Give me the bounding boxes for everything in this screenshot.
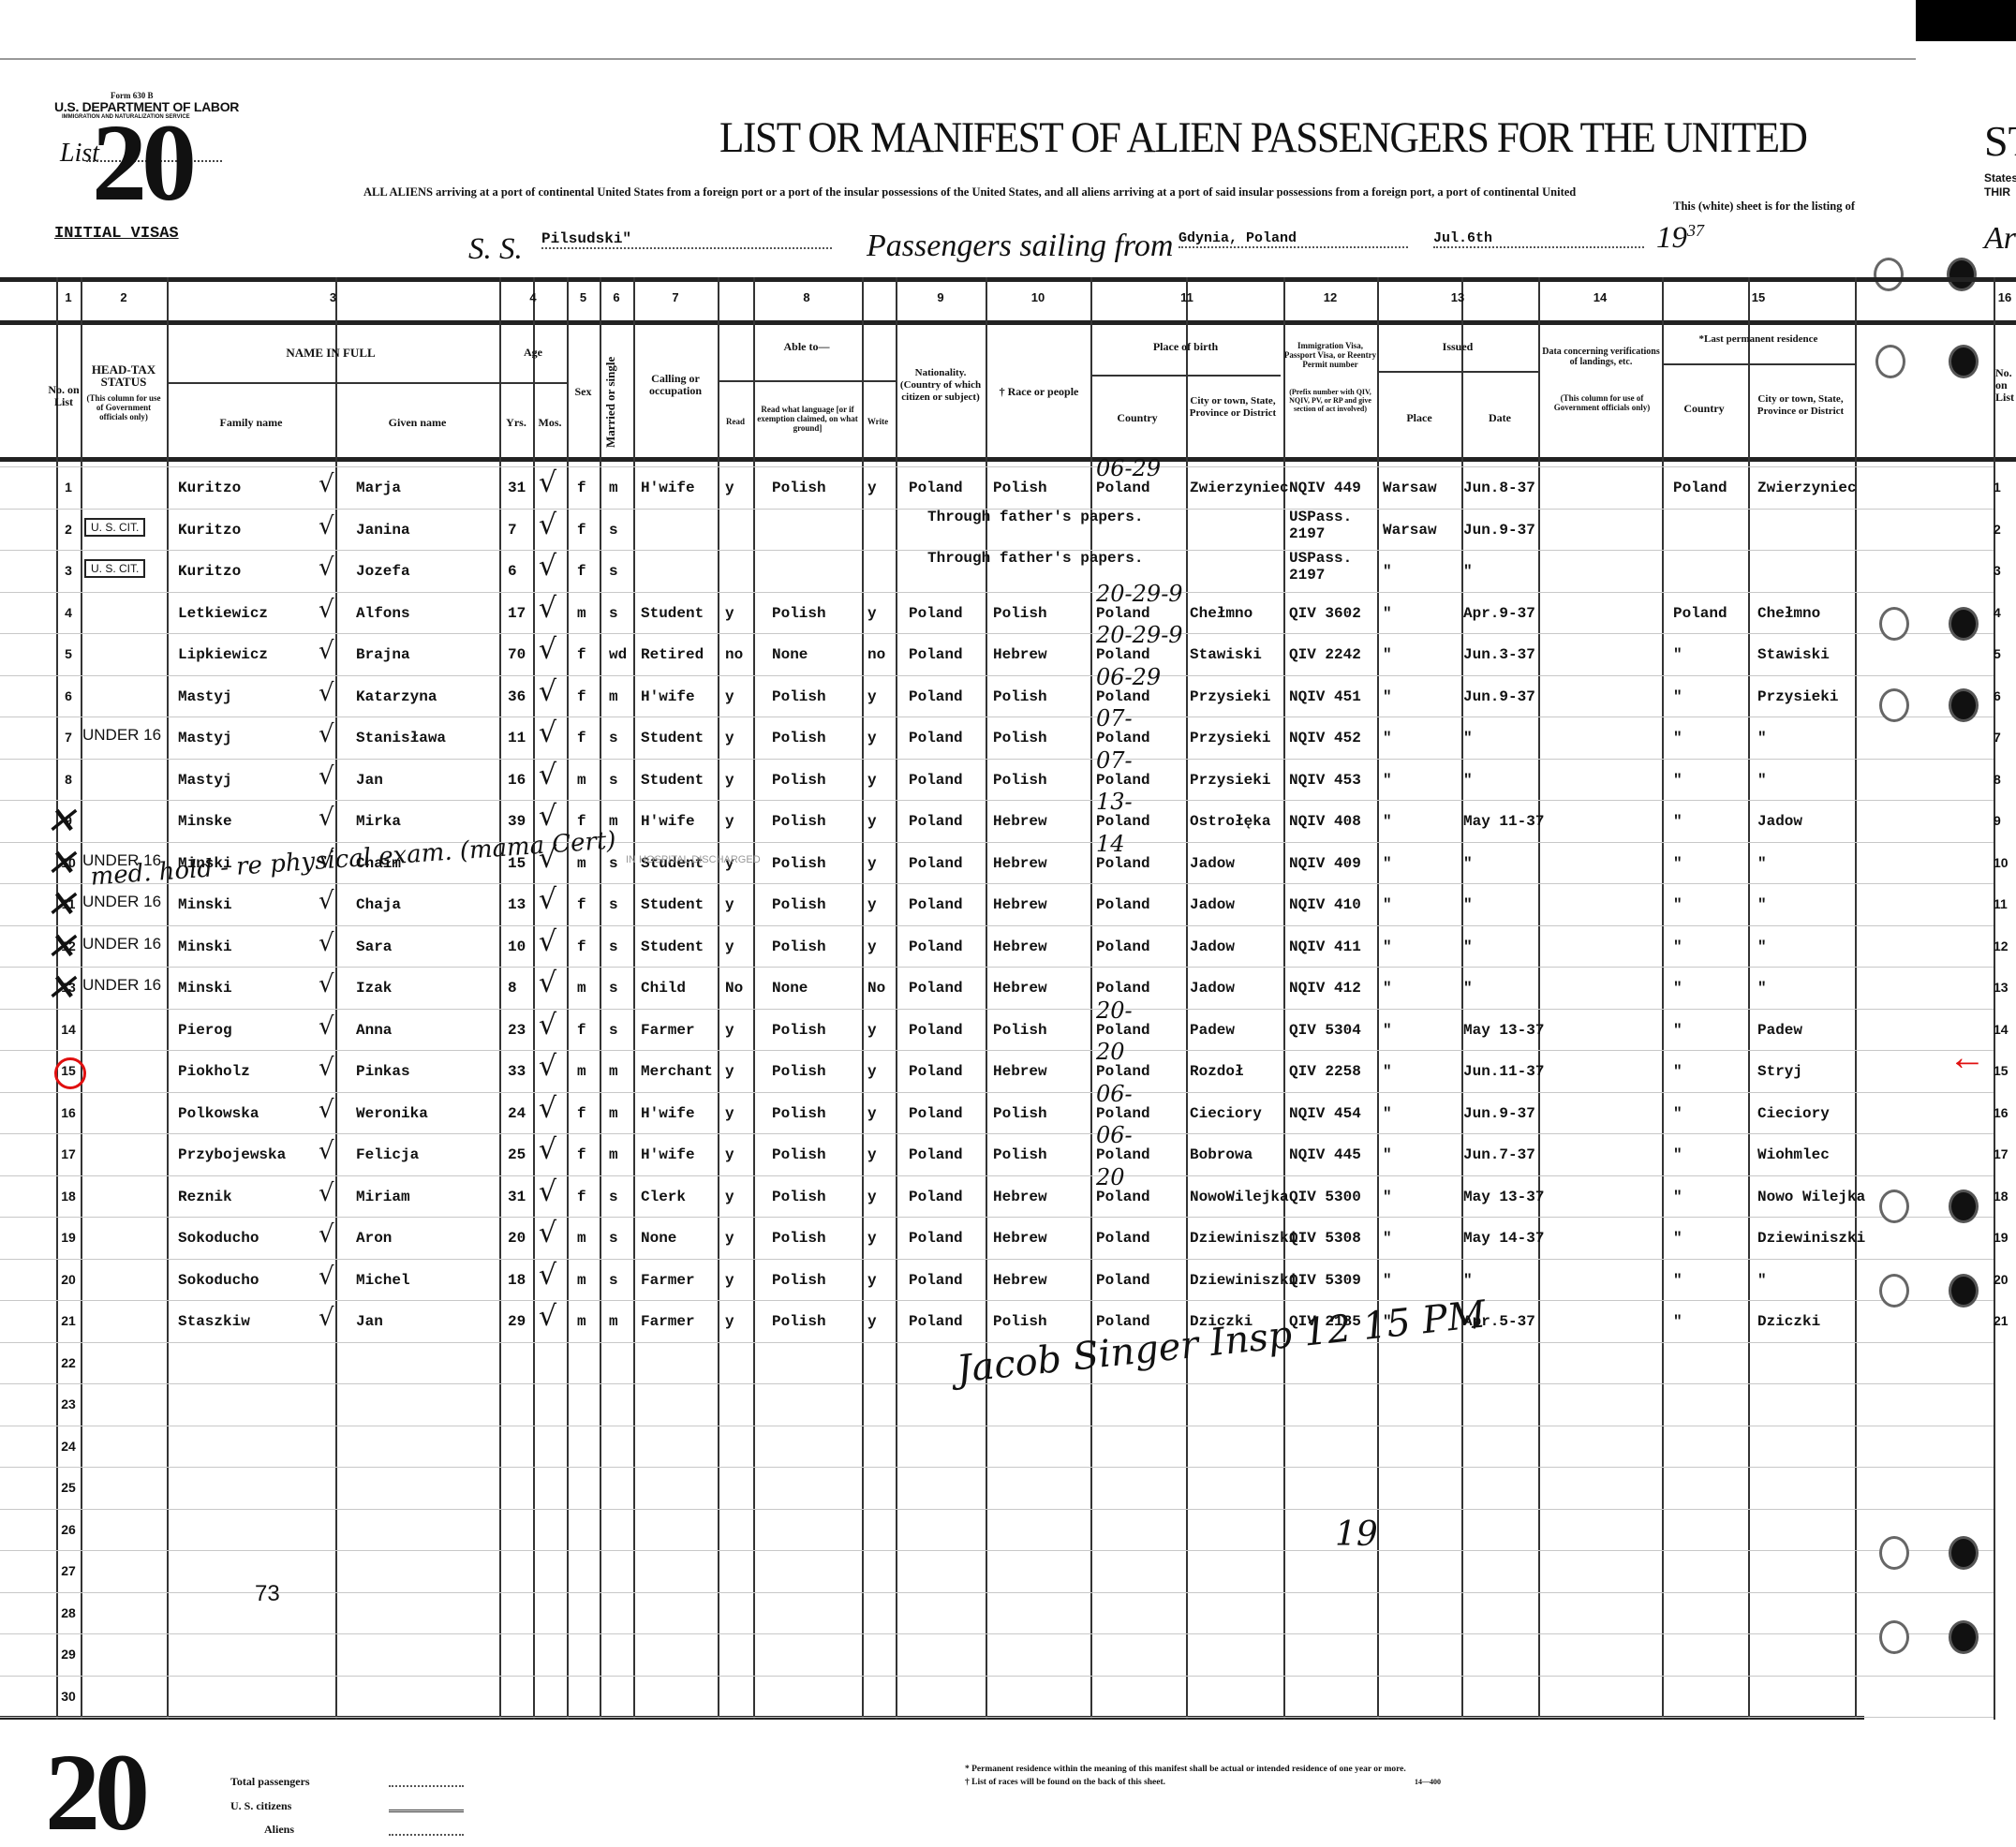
header-family-name: Family name bbox=[167, 417, 335, 429]
header-race: † Race or people bbox=[987, 386, 1090, 398]
cell-write: y bbox=[867, 855, 877, 872]
cell-issued-date: " bbox=[1463, 1272, 1473, 1289]
cell-read: y bbox=[725, 1146, 734, 1163]
header-place-of-birth: Place of birth bbox=[1090, 341, 1281, 353]
cell-visa: QIV 5308 bbox=[1289, 1230, 1361, 1247]
cell-occ: Student bbox=[641, 938, 704, 955]
cell-nat: Poland bbox=[909, 480, 963, 496]
column-number: 13 bbox=[1377, 290, 1538, 304]
row-number-right: 1 bbox=[1994, 480, 2016, 495]
row-rule bbox=[0, 717, 1994, 717]
cell-issued-place: " bbox=[1383, 980, 1392, 997]
row-rule bbox=[0, 633, 1994, 634]
row-number: 3 bbox=[54, 563, 82, 578]
cell-visa: QIV 5304 bbox=[1289, 1022, 1361, 1039]
cell-birth-city: Dziewiniszki bbox=[1190, 1230, 1297, 1247]
row-rule bbox=[0, 1300, 1994, 1301]
row-rule bbox=[0, 1467, 1994, 1468]
year-prefix: 19 bbox=[1656, 221, 1687, 255]
subtitle-line1: ALL ALIENS arriving at a port of contine… bbox=[363, 185, 1862, 199]
header-write: Write bbox=[862, 417, 894, 426]
row-rule bbox=[0, 1259, 1994, 1260]
cell-sex: f bbox=[577, 938, 586, 955]
ship-name-field: Pilsudski" bbox=[541, 230, 832, 249]
cell-res-city: Dziczki bbox=[1757, 1313, 1820, 1330]
sailing-date-field: Jul.6th bbox=[1433, 230, 1644, 248]
cell-nat: Poland bbox=[909, 1063, 963, 1080]
cell-sex: m bbox=[577, 1230, 586, 1247]
head-tax-status: UNDER 16 bbox=[82, 976, 161, 995]
cell-age: 6 bbox=[508, 563, 517, 580]
column-number: 7 bbox=[633, 290, 718, 304]
cell-issued-place: " bbox=[1383, 813, 1392, 830]
cell-nat: Poland bbox=[909, 855, 963, 872]
cell-race: Polish bbox=[993, 772, 1047, 789]
cell-issued-date: May 14-37 bbox=[1463, 1230, 1544, 1247]
cell-age: 11 bbox=[508, 730, 526, 746]
row-number-right: 8 bbox=[1994, 772, 2016, 787]
cell-write: y bbox=[867, 1146, 877, 1163]
checkmark-icon: √ bbox=[319, 720, 334, 748]
cell-write: y bbox=[867, 772, 877, 789]
cell-lang: Polish bbox=[772, 772, 826, 789]
column-divider bbox=[1186, 277, 1188, 1720]
cell-nat: Poland bbox=[909, 1313, 963, 1330]
cell-occ: Clerk bbox=[641, 1189, 686, 1205]
cell-read: y bbox=[725, 1063, 734, 1080]
cell-age: 20 bbox=[508, 1230, 526, 1247]
cell-visa: QIV 3602 bbox=[1289, 605, 1361, 622]
cell-ms: s bbox=[609, 522, 618, 539]
us-citizens-field bbox=[389, 1810, 464, 1812]
cell-given: Felicja bbox=[356, 1146, 419, 1163]
cell-lang: Polish bbox=[772, 688, 826, 705]
column-divider bbox=[1377, 277, 1379, 1720]
cell-res-city: " bbox=[1757, 1272, 1767, 1289]
cell-issued-place: Warsaw bbox=[1383, 480, 1437, 496]
column-divider bbox=[600, 277, 601, 1720]
row-number-right: 13 bbox=[1994, 980, 2016, 995]
checkmark-icon: √ bbox=[319, 1304, 334, 1332]
cell-write: y bbox=[867, 1189, 877, 1205]
cell-write: y bbox=[867, 1272, 877, 1289]
punch-hole-icon bbox=[1874, 258, 1904, 291]
row-rule bbox=[0, 466, 1994, 467]
cell-birth-city: NowoWilejka bbox=[1190, 1189, 1289, 1205]
header-data-concerning: Data concerning verifications of landing… bbox=[1542, 347, 1660, 367]
cell-issued-date: Apr.9-37 bbox=[1463, 605, 1535, 622]
column-divider bbox=[633, 277, 635, 1720]
cell-sex: m bbox=[577, 1272, 586, 1289]
cell-occ: H'wife bbox=[641, 1146, 695, 1163]
cell-issued-place: " bbox=[1383, 1230, 1392, 1247]
punch-hole-icon bbox=[1949, 688, 1979, 722]
cell-ms: s bbox=[609, 938, 618, 955]
row-number-right: 12 bbox=[1994, 938, 2016, 953]
cell-nat: Poland bbox=[909, 938, 963, 955]
cell-issued-place: " bbox=[1383, 688, 1392, 705]
cell-res-city: Stawiski bbox=[1757, 646, 1830, 663]
footnote-races: † List of races will be found on the bac… bbox=[965, 1778, 1165, 1787]
checkmark-icon: √ bbox=[319, 1263, 334, 1291]
cell-issued-date: May 11-37 bbox=[1463, 813, 1544, 830]
cell-race: Polish bbox=[993, 480, 1047, 496]
checkmark-icon: √ bbox=[319, 1137, 334, 1165]
column-divider bbox=[1662, 277, 1664, 1720]
row-number: 23 bbox=[54, 1396, 82, 1411]
cell-visa: QIV 5300 bbox=[1289, 1189, 1361, 1205]
cell-issued-date: " bbox=[1463, 855, 1473, 872]
row-number: 8 bbox=[54, 772, 82, 787]
cell-issued-place: " bbox=[1383, 730, 1392, 746]
cell-lang: Polish bbox=[772, 1230, 826, 1247]
cell-race: Polish bbox=[993, 730, 1047, 746]
cell-res-city: " bbox=[1757, 938, 1767, 955]
cell-birth-country: Poland bbox=[1096, 1230, 1150, 1247]
header-last-residence: *Last permanent residence bbox=[1662, 333, 1855, 346]
cell-ms: m bbox=[609, 1105, 618, 1122]
cell-write: y bbox=[867, 813, 877, 830]
cell-visa: NQIV 451 bbox=[1289, 688, 1361, 705]
cell-age: 17 bbox=[508, 605, 526, 622]
cell-sex: f bbox=[577, 1105, 586, 1122]
cell-read: y bbox=[725, 730, 734, 746]
cell-race: Hebrew bbox=[993, 646, 1047, 663]
punch-hole-icon bbox=[1879, 688, 1909, 722]
cell-nat: Poland bbox=[909, 605, 963, 622]
cell-read: no bbox=[725, 646, 743, 663]
cell-write: y bbox=[867, 1230, 877, 1247]
cell-nat: Poland bbox=[909, 980, 963, 997]
column-number: 5 bbox=[567, 290, 600, 304]
cell-nat: Poland bbox=[909, 1146, 963, 1163]
header-name-in-full: NAME IN FULL bbox=[167, 347, 495, 359]
cell-issued-place: " bbox=[1383, 1105, 1392, 1122]
cell-res-city: Wiohmlec bbox=[1757, 1146, 1830, 1163]
cell-family: Minski bbox=[178, 980, 232, 997]
cell-race: Hebrew bbox=[993, 1063, 1047, 1080]
row-number-right: 9 bbox=[1994, 813, 2016, 828]
cross-out-icon: ✕ bbox=[45, 967, 77, 1010]
row-number-right: 20 bbox=[1994, 1272, 2016, 1287]
header-issued: Issued bbox=[1377, 341, 1538, 353]
row-number: 22 bbox=[54, 1355, 82, 1370]
head-tax-status: UNDER 16 bbox=[82, 935, 161, 953]
cell-issued-place: " bbox=[1383, 1189, 1392, 1205]
cell-issued-date: " bbox=[1463, 730, 1473, 746]
cell-ms: s bbox=[609, 1189, 618, 1205]
cell-read: y bbox=[725, 1313, 734, 1330]
row-rule bbox=[0, 1676, 1994, 1677]
row-rule bbox=[0, 842, 1994, 843]
sailing-year: 1937 bbox=[1656, 221, 1704, 256]
checkmark-icon: √ bbox=[539, 466, 556, 499]
hospital-stamp: IN HOSPITAL DISCHARGED bbox=[626, 854, 761, 865]
cell-ms: s bbox=[609, 605, 618, 622]
cross-out-icon: ✕ bbox=[45, 842, 77, 885]
header-no-on-list: No. on List bbox=[47, 384, 81, 408]
cell-birth-country: Poland bbox=[1096, 772, 1150, 789]
cell-race: Polish bbox=[993, 605, 1047, 622]
cell-ms: m bbox=[609, 1146, 618, 1163]
cell-issued-place: " bbox=[1383, 1063, 1392, 1080]
cell-ms: s bbox=[609, 730, 618, 746]
checkmark-icon: √ bbox=[539, 1259, 556, 1292]
cell-read: y bbox=[725, 688, 734, 705]
row-number-right: 18 bbox=[1994, 1189, 2016, 1204]
header-read: Read bbox=[719, 417, 751, 426]
row-number: 6 bbox=[54, 688, 82, 703]
cell-family: Minski bbox=[178, 896, 232, 913]
cell-lang: Polish bbox=[772, 605, 826, 622]
cell-race: Polish bbox=[993, 1022, 1047, 1039]
header-age: Age bbox=[499, 347, 567, 359]
cell-occ: Student bbox=[641, 730, 704, 746]
cell-family: Reznik bbox=[178, 1189, 232, 1205]
cell-sex: m bbox=[577, 605, 586, 622]
cell-race: Hebrew bbox=[993, 896, 1047, 913]
row-number: 20 bbox=[54, 1272, 82, 1287]
cell-occ: Retired bbox=[641, 646, 704, 663]
cell-nat: Through father's papers. bbox=[927, 509, 1143, 525]
cell-issued-date: " bbox=[1463, 772, 1473, 789]
footer-list-number: 20 bbox=[45, 1737, 144, 1847]
header-visa: Immigration Visa, Passport Visa, or Reen… bbox=[1283, 341, 1377, 369]
cell-family: Piokholz bbox=[178, 1063, 250, 1080]
column-number: 6 bbox=[600, 290, 633, 304]
cell-family: Mastyj bbox=[178, 688, 232, 705]
cell-occ: Farmer bbox=[641, 1022, 695, 1039]
header-column-number-rule bbox=[0, 320, 2016, 325]
cell-res-city: " bbox=[1757, 730, 1767, 746]
ship-name: Pilsudski" bbox=[541, 230, 631, 247]
cell-occ: Child bbox=[641, 980, 686, 997]
cell-age: 7 bbox=[508, 522, 517, 539]
cell-given: Weronika bbox=[356, 1105, 428, 1122]
punch-hole-icon bbox=[1879, 1536, 1909, 1570]
row-number-right: 17 bbox=[1994, 1146, 2016, 1161]
cell-res-country: " bbox=[1673, 938, 1682, 955]
cell-birth-city: Zwierzyniec bbox=[1190, 480, 1289, 496]
column-divider bbox=[862, 277, 864, 1720]
header-married-single: Married or single bbox=[603, 335, 618, 448]
header-head-tax-note: (This column for use of Government offic… bbox=[82, 393, 165, 421]
cell-family: Sokoducho bbox=[178, 1272, 259, 1289]
subtitle-continued: States THIR bbox=[1984, 171, 2016, 199]
row-number: 25 bbox=[54, 1480, 82, 1495]
cell-occ: Farmer bbox=[641, 1272, 695, 1289]
cell-family: Minski bbox=[178, 938, 232, 955]
row-rule bbox=[0, 1342, 1994, 1343]
cell-ms: m bbox=[609, 688, 618, 705]
cell-visa: NQIV 452 bbox=[1289, 730, 1361, 746]
cell-lang: None bbox=[772, 646, 808, 663]
cell-family: Polkowska bbox=[178, 1105, 259, 1122]
checkmark-icon: √ bbox=[539, 1009, 556, 1042]
page-top-edge bbox=[0, 58, 1916, 60]
cell-res-country: " bbox=[1673, 1146, 1682, 1163]
header-issued-place: Place bbox=[1377, 412, 1461, 424]
punch-hole-icon bbox=[1879, 1620, 1909, 1654]
cell-birth-country: Poland bbox=[1096, 813, 1150, 830]
cell-sex: f bbox=[577, 646, 586, 663]
cell-age: 24 bbox=[508, 1105, 526, 1122]
checkmark-icon: √ bbox=[539, 1300, 556, 1333]
column-divider bbox=[167, 277, 169, 1720]
header-sex: Sex bbox=[567, 386, 600, 398]
cell-res-city: Nowo Wilejka bbox=[1757, 1189, 1865, 1205]
column-divider bbox=[567, 277, 569, 1720]
row-number: 2 bbox=[54, 522, 82, 537]
cell-occ: None bbox=[641, 1230, 676, 1247]
row-number-right: 21 bbox=[1994, 1313, 2016, 1328]
column-number: 14 bbox=[1538, 290, 1662, 304]
checkmark-icon: √ bbox=[539, 550, 556, 583]
checkmark-icon: √ bbox=[539, 967, 556, 999]
cell-issued-place: " bbox=[1383, 855, 1392, 872]
cell-visa: QIV 5309 bbox=[1289, 1272, 1361, 1289]
cell-age: 31 bbox=[508, 480, 526, 496]
header-birth-city: City or town, State, Province or Distric… bbox=[1186, 395, 1280, 420]
checkmark-icon: √ bbox=[319, 554, 334, 582]
checkmark-icon: √ bbox=[539, 1092, 556, 1125]
cell-birth-country: Poland bbox=[1096, 1313, 1150, 1330]
page-title-continued: ST bbox=[1984, 116, 2016, 166]
aliens-field bbox=[389, 1834, 464, 1836]
cell-nat: Poland bbox=[909, 1105, 963, 1122]
residence-divider bbox=[1662, 363, 1855, 365]
cell-ms: s bbox=[609, 772, 618, 789]
cell-family: Sokoducho bbox=[178, 1230, 259, 1247]
margin-number: 73 bbox=[255, 1581, 280, 1607]
cell-issued-date: " bbox=[1463, 563, 1473, 580]
row-number-right: 10 bbox=[1994, 855, 2016, 870]
row-number-right: 4 bbox=[1994, 605, 2016, 620]
scan-top-margin bbox=[0, 0, 2016, 56]
handwritten-birth-code: 13- bbox=[1096, 789, 1133, 815]
cell-issued-place: " bbox=[1383, 772, 1392, 789]
cell-race: Polish bbox=[993, 1313, 1047, 1330]
cell-ms: s bbox=[609, 980, 618, 997]
cell-read: y bbox=[725, 813, 734, 830]
cell-lang: Polish bbox=[772, 938, 826, 955]
cell-lang: Polish bbox=[772, 1105, 826, 1122]
sailing-date: Jul.6th bbox=[1433, 230, 1492, 246]
name-divider bbox=[167, 382, 499, 384]
cell-issued-place: " bbox=[1383, 1022, 1392, 1039]
header-nationality: Nationality. (Country of which citizen o… bbox=[896, 367, 986, 404]
cross-out-icon: ✕ bbox=[45, 800, 77, 843]
cell-nat: Poland bbox=[909, 772, 963, 789]
cell-read: y bbox=[725, 938, 734, 955]
header-visa-note: (Prefix number with QIV, NQIV, PV, or RP… bbox=[1283, 388, 1377, 413]
cell-sex: f bbox=[577, 1022, 586, 1039]
checkmark-icon: √ bbox=[319, 679, 334, 707]
cell-issued-date: " bbox=[1463, 980, 1473, 997]
cell-issued-place: " bbox=[1383, 605, 1392, 622]
cell-issued-date: Jun.8-37 bbox=[1463, 480, 1535, 496]
column-divider bbox=[533, 277, 535, 1720]
cell-given: Sara bbox=[356, 938, 392, 955]
column-divider bbox=[753, 277, 755, 1720]
inspector-signature: Jacob Singer Insp 12 15 PM bbox=[955, 1293, 1488, 1391]
cell-issued-place: " bbox=[1383, 563, 1392, 580]
cell-lang: Polish bbox=[772, 1063, 826, 1080]
cell-birth-city: Jadow bbox=[1190, 896, 1235, 913]
row-number-right: 14 bbox=[1994, 1022, 2016, 1037]
cell-sex: f bbox=[577, 563, 586, 580]
cell-family: Staszkiw bbox=[178, 1313, 250, 1330]
handwritten-birth-code: 14 bbox=[1096, 831, 1125, 857]
year-suffix: 37 bbox=[1687, 221, 1704, 240]
head-tax-status: UNDER 16 bbox=[82, 893, 161, 911]
cell-family: Pierog bbox=[178, 1022, 232, 1039]
header-calling: Calling or occupation bbox=[633, 373, 718, 397]
row-number: 24 bbox=[54, 1439, 82, 1454]
cell-age: 70 bbox=[508, 646, 526, 663]
cell-write: No bbox=[867, 980, 885, 997]
total-passengers-label: Total passengers bbox=[230, 1775, 310, 1789]
row-number: 19 bbox=[54, 1230, 82, 1245]
row-rule bbox=[0, 1717, 1994, 1718]
cell-res-country: Poland bbox=[1673, 480, 1727, 496]
checkmark-icon: √ bbox=[319, 887, 334, 915]
cell-birth-country: Poland bbox=[1096, 1272, 1150, 1289]
header-bottom-rule bbox=[0, 457, 2016, 462]
cell-given: Brajna bbox=[356, 646, 410, 663]
row-rule bbox=[0, 675, 1994, 676]
cell-nat: Poland bbox=[909, 1022, 963, 1039]
header-given-name: Given name bbox=[335, 417, 499, 429]
header-data-note: (This column for use of Government offic… bbox=[1546, 393, 1658, 412]
cell-res-city: Chełmno bbox=[1757, 605, 1820, 622]
cell-write: y bbox=[867, 1022, 877, 1039]
cell-birth-city: Rozdoł bbox=[1190, 1063, 1244, 1080]
cell-lang: Polish bbox=[772, 1022, 826, 1039]
cell-race: Hebrew bbox=[993, 1230, 1047, 1247]
row-number: 5 bbox=[54, 646, 82, 661]
cell-occ: Merchant bbox=[641, 1063, 713, 1080]
cell-visa: NQIV 411 bbox=[1289, 938, 1361, 955]
handwritten-birth-code: 07- bbox=[1096, 705, 1133, 731]
cell-visa: NQIV 454 bbox=[1289, 1105, 1361, 1122]
cell-res-city: Zwierzyniec bbox=[1757, 480, 1857, 496]
punch-hole-icon bbox=[1949, 1189, 1979, 1223]
cell-issued-date: Jun.11-37 bbox=[1463, 1063, 1544, 1080]
header-no-on-list-right: No. on List bbox=[1995, 367, 2016, 404]
scan-dark-corner bbox=[1916, 0, 2016, 41]
checkmark-icon: √ bbox=[319, 804, 334, 832]
cell-family: Przybojewska bbox=[178, 1146, 286, 1163]
row-number: 7 bbox=[54, 730, 82, 745]
handwritten-birth-code: 20-29-9 bbox=[1096, 622, 1183, 648]
cell-lang: Polish bbox=[772, 855, 826, 872]
cell-sex: m bbox=[577, 1063, 586, 1080]
cell-birth-country: Poland bbox=[1096, 855, 1150, 872]
column-number: 10 bbox=[986, 290, 1090, 304]
cell-family: Kuritzo bbox=[178, 480, 241, 496]
cell-issued-date: Jun.7-37 bbox=[1463, 1146, 1535, 1163]
age-divider bbox=[499, 382, 567, 384]
punch-hole-icon bbox=[1879, 1189, 1909, 1223]
cell-write: y bbox=[867, 938, 877, 955]
cell-birth-city: Cieciory bbox=[1190, 1105, 1262, 1122]
cell-given: Marja bbox=[356, 480, 401, 496]
checkmark-icon: √ bbox=[319, 596, 334, 624]
highlight-arrow-icon: ← bbox=[1949, 1035, 1986, 1079]
cell-lang: Polish bbox=[772, 1272, 826, 1289]
header-birth-country: Country bbox=[1090, 412, 1184, 424]
